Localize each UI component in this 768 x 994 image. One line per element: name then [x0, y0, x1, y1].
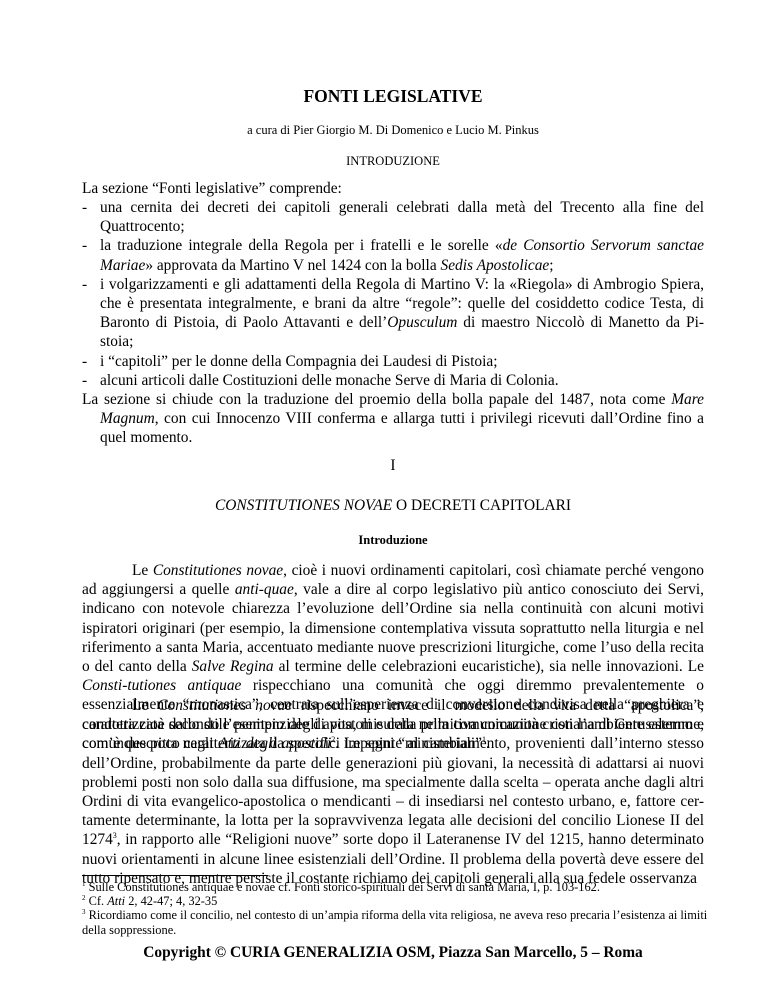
footnote-separator — [82, 875, 268, 876]
paragraph-text: al termine delle celebrazioni eucaristic… — [274, 658, 704, 675]
list-dash: - — [82, 371, 87, 390]
list-item: -i volgarizzamenti e gli adattamenti del… — [82, 275, 704, 352]
paragraph-text: Le — [132, 562, 153, 579]
italic-term: Constitutiones novae — [157, 697, 292, 714]
section-lead: La sezione “Fonti legislative” comprende… — [82, 179, 704, 198]
list-dash: - — [82, 275, 87, 294]
italic-term: Salve Regina — [192, 658, 274, 675]
copyright-notice: Copyright © CURIA GENERALIZIA OSM, Piazz… — [82, 944, 704, 962]
section-intro-heading: Introduzione — [82, 533, 704, 548]
italic-term: anti-quae — [235, 581, 294, 598]
footnote-text: Cf. — [86, 894, 108, 908]
italic-title: Sedis Apostolicae — [441, 257, 550, 274]
list-item: -una cernita dei decreti dei capitoli ge… — [82, 198, 704, 236]
footnote-text: Ricordiamo come il concilio, nel contest… — [82, 908, 707, 936]
paragraph-text: , in rapporto alle “Religioni nuove” sor… — [82, 831, 704, 886]
footnotes: 1 Sulle Constitutiones antiquae e novae … — [82, 880, 722, 937]
body-paragraph-2: Le Constitutiones novae rispecchiano inv… — [82, 696, 704, 888]
italic-title: Opusculum — [387, 314, 457, 331]
list-item-text: i “capitoli” per le donne della Compagni… — [100, 353, 497, 370]
footnote-2: 2 Cf. Atti 2, 42-47; 4, 32-35 — [82, 894, 722, 908]
section-title-text: O DECRETI CAPITOLARI — [392, 497, 571, 514]
footnote-text: Sulle Constitutiones antiquae e novae cf… — [86, 880, 600, 894]
paragraph-text: , con cui Innocenzo VIII conferma e alla… — [100, 410, 704, 446]
paragraph-text: Le — [132, 697, 157, 714]
contents-list: -una cernita dei decreti dei capitoli ge… — [82, 198, 704, 390]
list-item: -i “capitoli” per le donne della Compagn… — [82, 352, 704, 371]
document-editors: a cura di Pier Giorgio M. Di Domenico e … — [82, 123, 704, 138]
list-item-text: » approvata da Martino V nel 1424 con la… — [145, 257, 440, 274]
list-item: -alcuni articoli dalle Costituzioni dell… — [82, 371, 704, 390]
section-title-italic: CONSTITUTIONES NOVAE — [215, 497, 392, 514]
italic-term: Atti degli apostoli — [219, 735, 332, 752]
list-dash: - — [82, 352, 87, 371]
footnote-3: 3 Ricordiamo come il concilio, nel conte… — [82, 908, 722, 936]
list-item-text: la traduzione integrale della Regola per… — [100, 237, 503, 254]
italic-term: Constitutiones novae — [153, 562, 283, 579]
list-dash: - — [82, 198, 87, 217]
list-dash: - — [82, 236, 87, 255]
closing-paragraph: La sezione si chiude con la traduzione d… — [82, 390, 704, 448]
footnote-1: 1 Sulle Constitutiones antiquae e novae … — [82, 880, 722, 894]
section-title: CONSTITUTIONES NOVAE O DECRETI CAPITOLAR… — [82, 496, 704, 515]
section-number: I — [82, 456, 704, 475]
document-title: FONTI LEGISLATIVE — [82, 86, 704, 106]
footnote-text: 2, 42-47; 4, 32-35 — [125, 894, 217, 908]
list-item-text: ; — [549, 257, 553, 274]
introduction-heading: INTRODUZIONE — [82, 154, 704, 169]
list-item: -la traduzione integrale della Regola pe… — [82, 236, 704, 274]
list-item-text: alcuni articoli dalle Costituzioni delle… — [100, 372, 559, 389]
paragraph-text: La sezione si chiude con la traduzione d… — [82, 391, 671, 408]
italic-term: Consti-tutiones antiquae — [82, 677, 241, 694]
list-item-text: una cernita dei decreti dei capitoli gen… — [100, 199, 704, 235]
footnote-italic: Atti — [107, 894, 125, 908]
